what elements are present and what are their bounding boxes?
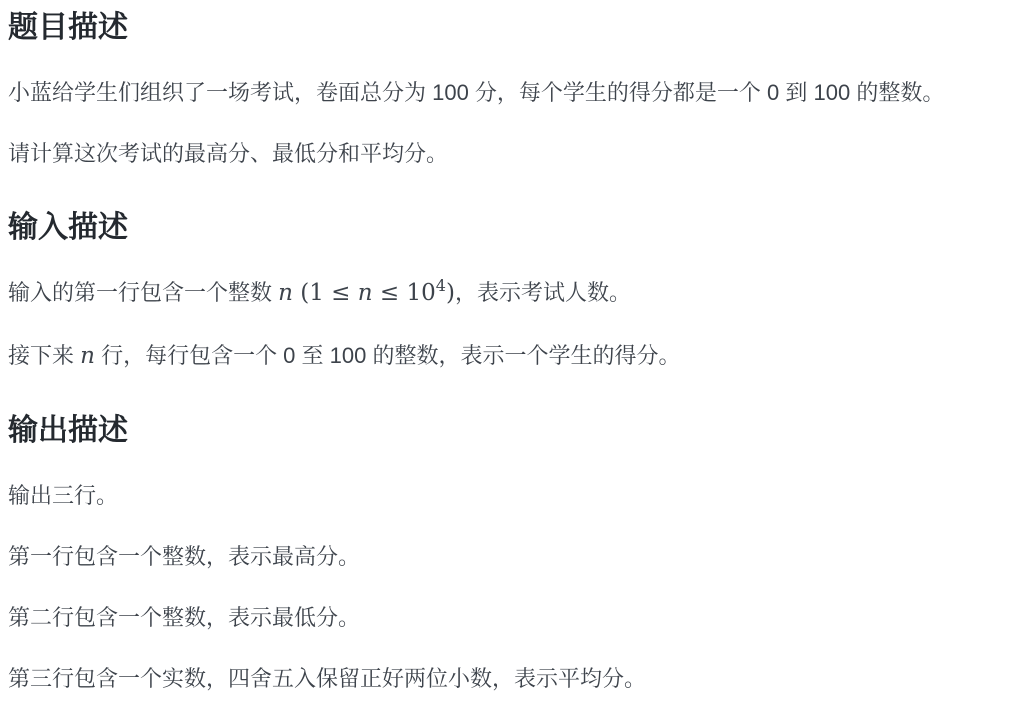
text-run: 第二行包含一个整数，表示最低分。 — [8, 605, 360, 630]
math-variable-n: n — [358, 280, 373, 306]
math-run: ) — [446, 280, 455, 306]
math-superscript: 4 — [436, 276, 446, 295]
text-run: 输出三行。 — [8, 483, 118, 508]
text-run: 小蓝给学生们组织了一场考试，卷面总分为 100 分，每个学生的得分都是一个 0 … — [8, 80, 944, 105]
text-run: 接下来 — [8, 343, 80, 368]
paragraph-problem-2: 请计算这次考试的最高分、最低分和平均分。 — [8, 137, 1011, 170]
paragraph-output-1: 输出三行。 — [8, 479, 1011, 512]
math-variable-n: n — [80, 343, 95, 369]
text-run: 输入的第一行包含一个整数 — [8, 280, 278, 305]
paragraph-output-4: 第三行包含一个实数，四舍五入保留正好两位小数，表示平均分。 — [8, 662, 1011, 695]
text-run: 第三行包含一个实数，四舍五入保留正好两位小数，表示平均分。 — [8, 666, 646, 691]
text-run: 第一行包含一个整数，表示最高分。 — [8, 544, 360, 569]
section-heading-output-description: 输出描述 — [8, 413, 1011, 449]
math-run: (1 ≤ — [293, 280, 358, 306]
paragraph-input-2: 接下来 n 行，每行包含一个 0 至 100 的整数，表示一个学生的得分。 — [8, 339, 1011, 373]
paragraph-output-3: 第二行包含一个整数，表示最低分。 — [8, 601, 1011, 634]
math-variable-n: n — [278, 280, 293, 306]
text-run: 行，每行包含一个 0 至 100 的整数，表示一个学生的得分。 — [95, 343, 681, 368]
text-run: 请计算这次考试的最高分、最低分和平均分。 — [8, 141, 448, 166]
math-run: ≤ 10 — [373, 280, 436, 306]
section-heading-input-description: 输入描述 — [8, 210, 1011, 246]
paragraph-output-2: 第一行包含一个整数，表示最高分。 — [8, 540, 1011, 573]
paragraph-input-1: 输入的第一行包含一个整数 n (1 ≤ n ≤ 104)，表示考试人数。 — [8, 276, 1011, 311]
section-heading-problem-description: 题目描述 — [8, 10, 1011, 46]
paragraph-problem-1: 小蓝给学生们组织了一场考试，卷面总分为 100 分，每个学生的得分都是一个 0 … — [8, 76, 1011, 109]
problem-statement-document: 题目描述 小蓝给学生们组织了一场考试，卷面总分为 100 分，每个学生的得分都是… — [0, 0, 1021, 695]
text-run: ，表示考试人数。 — [455, 280, 631, 305]
